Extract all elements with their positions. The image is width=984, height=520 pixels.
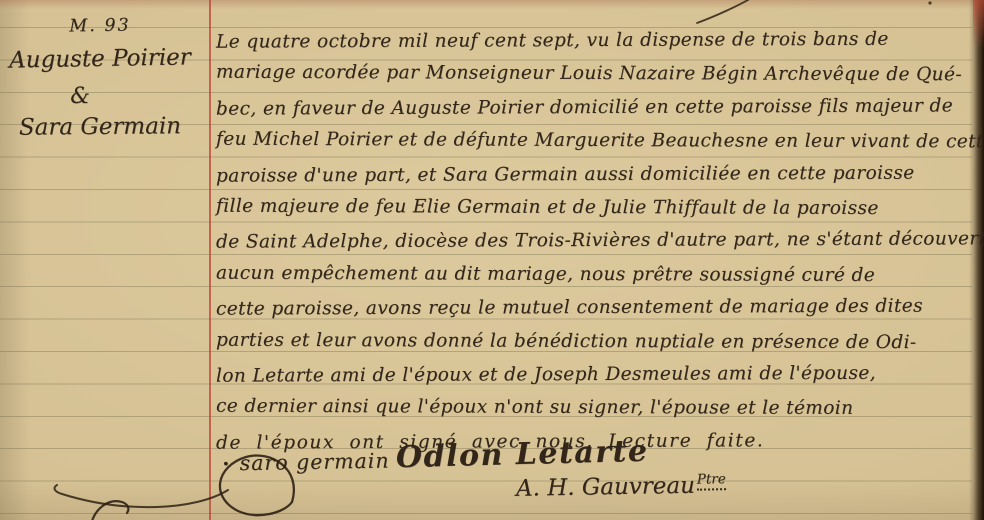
- margin-bride-name: Sara Germain: [0, 113, 200, 141]
- priest-signature: A. H. GauvreauPtre: [516, 472, 726, 502]
- bride-signature-text: saro germain: [239, 449, 389, 476]
- record-line: bec, en faveur de Auguste Poirier domici…: [216, 89, 972, 126]
- priest-title-abbreviation: Ptre: [697, 471, 726, 491]
- record-line: cette paroisse, avons reçu le mutuel con…: [216, 289, 972, 326]
- register-page: M. 93 Auguste Poirier & Sara Germain Le …: [0, 0, 984, 520]
- record-line: aucun empêchement au dit mariage, nous p…: [216, 256, 972, 292]
- record-line: de Saint Adelphe, diocèse des Trois-Rivi…: [216, 223, 972, 260]
- record-line: paroisse d'une part, et Sara Germain aus…: [216, 156, 972, 193]
- priest-signature-text: A. H. Gauvreau: [516, 473, 695, 502]
- bride-signature: •saro germain: [222, 449, 390, 476]
- witness-signature: Odlon Letarte: [396, 434, 649, 476]
- record-line: feu Michel Poirier et de défunte Marguer…: [216, 123, 972, 159]
- record-line: Le quatre octobre mil neuf cent sept, vu…: [216, 22, 972, 59]
- previous-entry-flourish: [697, 0, 753, 23]
- record-body: Le quatre octobre mil neuf cent sept, vu…: [216, 24, 972, 458]
- record-line: parties et leur avons donné la bénédicti…: [216, 323, 972, 359]
- red-margin-line: [209, 0, 211, 520]
- record-number: M. 93: [45, 15, 155, 37]
- ink-dot: [928, 1, 931, 4]
- record-line: ce dernier ainsi que l'époux n'ont su si…: [216, 390, 972, 426]
- record-line: fille majeure de feu Elie Germain et de …: [216, 190, 972, 226]
- record-line: lon Letarte ami de l'époux et de Joseph …: [216, 356, 972, 393]
- margin-conjunction: &: [40, 84, 120, 109]
- signature-mark: •: [222, 457, 231, 472]
- margin-groom-name: Auguste Poirier: [2, 44, 198, 73]
- record-line: mariage acordée par Monseigneur Louis Na…: [216, 56, 972, 92]
- book-binding-edge-top: [973, 0, 984, 48]
